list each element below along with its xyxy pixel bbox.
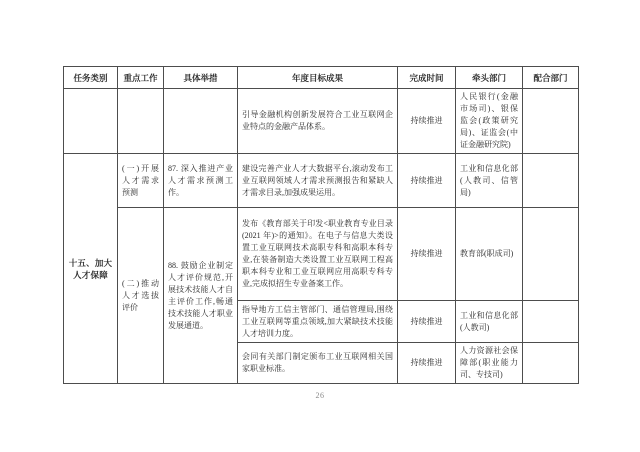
cell-goal: 建设完善产业人才大数据平台,滚动发布工业互联网领域人才需求预测报告和紧缺人才需求… xyxy=(238,154,398,208)
cell-key-work: (二)推动人才选拔评价 xyxy=(118,208,164,384)
cell-key-work: (一)开展人才需求预测 xyxy=(118,154,164,208)
cell-measure xyxy=(164,89,238,154)
header-task-category: 任务类别 xyxy=(64,67,118,89)
cell-support xyxy=(523,154,579,208)
header-support-department: 配合部门 xyxy=(523,67,579,89)
task-table: 任务类别 重点工作 具体举措 年度目标成果 完成时间 牵头部门 配合部门 引导金… xyxy=(63,66,579,384)
cell-measure: 87. 深入推进产业人才需求预测工作。 xyxy=(164,154,238,208)
header-specific-measures: 具体举措 xyxy=(164,67,238,89)
cell-support xyxy=(523,343,579,384)
cell-goal: 引导金融机构创新发展符合工业互联网企业特点的金融产品体系。 xyxy=(238,89,398,154)
cell-lead: 教育部(职成司) xyxy=(456,208,523,301)
page-number: 26 xyxy=(0,391,640,400)
table-row: 引导金融机构创新发展符合工业互联网企业特点的金融产品体系。 持续推进 人民银行(… xyxy=(64,89,579,154)
cell-time: 持续推进 xyxy=(398,154,456,208)
cell-category xyxy=(64,89,118,154)
cell-goal: 指导地方工信主管部门、通信管理局,围绕工业互联网等重点领域,加大紧缺技术技能人才… xyxy=(238,301,398,343)
header-annual-goals: 年度目标成果 xyxy=(238,67,398,89)
cell-time: 持续推进 xyxy=(398,89,456,154)
cell-lead: 工业和信息化部(人教司、信管局) xyxy=(456,154,523,208)
cell-support xyxy=(523,89,579,154)
cell-time: 持续推进 xyxy=(398,301,456,343)
table-row: (二)推动人才选拔评价 88. 鼓励企业制定人才评价规范,开展技术技能人才自主评… xyxy=(64,208,579,301)
cell-lead: 人力资源社会保障部(职业能力司、专技司) xyxy=(456,343,523,384)
cell-section-title: 十五、加大人才保障 xyxy=(64,154,118,384)
header-completion-time: 完成时间 xyxy=(398,67,456,89)
cell-measure: 88. 鼓励企业制定人才评价规范,开展技术技能人才自主评价工作,畅通技术技能人才… xyxy=(164,208,238,384)
table-row: 十五、加大人才保障 (一)开展人才需求预测 87. 深入推进产业人才需求预测工作… xyxy=(64,154,579,208)
cell-goal: 发布《教育部关于印发<职业教育专业目录(2021 年)>的通知》。在电子与信息大… xyxy=(238,208,398,301)
cell-time: 持续推进 xyxy=(398,208,456,301)
header-key-work: 重点工作 xyxy=(118,67,164,89)
cell-support xyxy=(523,301,579,343)
cell-goal: 会同有关部门制定颁布工业互联网相关国家职业标准。 xyxy=(238,343,398,384)
cell-time: 持续推进 xyxy=(398,343,456,384)
cell-lead: 人民银行(金融市场司)、银保监会(政策研究局)、证监会(中证金融研究院) xyxy=(456,89,523,154)
header-lead-department: 牵头部门 xyxy=(456,67,523,89)
cell-lead: 工业和信息化部(人教司) xyxy=(456,301,523,343)
cell-support xyxy=(523,208,579,301)
table-header-row: 任务类别 重点工作 具体举措 年度目标成果 完成时间 牵头部门 配合部门 xyxy=(64,67,579,89)
document-page: 任务类别 重点工作 具体举措 年度目标成果 完成时间 牵头部门 配合部门 引导金… xyxy=(0,0,640,452)
cell-key-work xyxy=(118,89,164,154)
